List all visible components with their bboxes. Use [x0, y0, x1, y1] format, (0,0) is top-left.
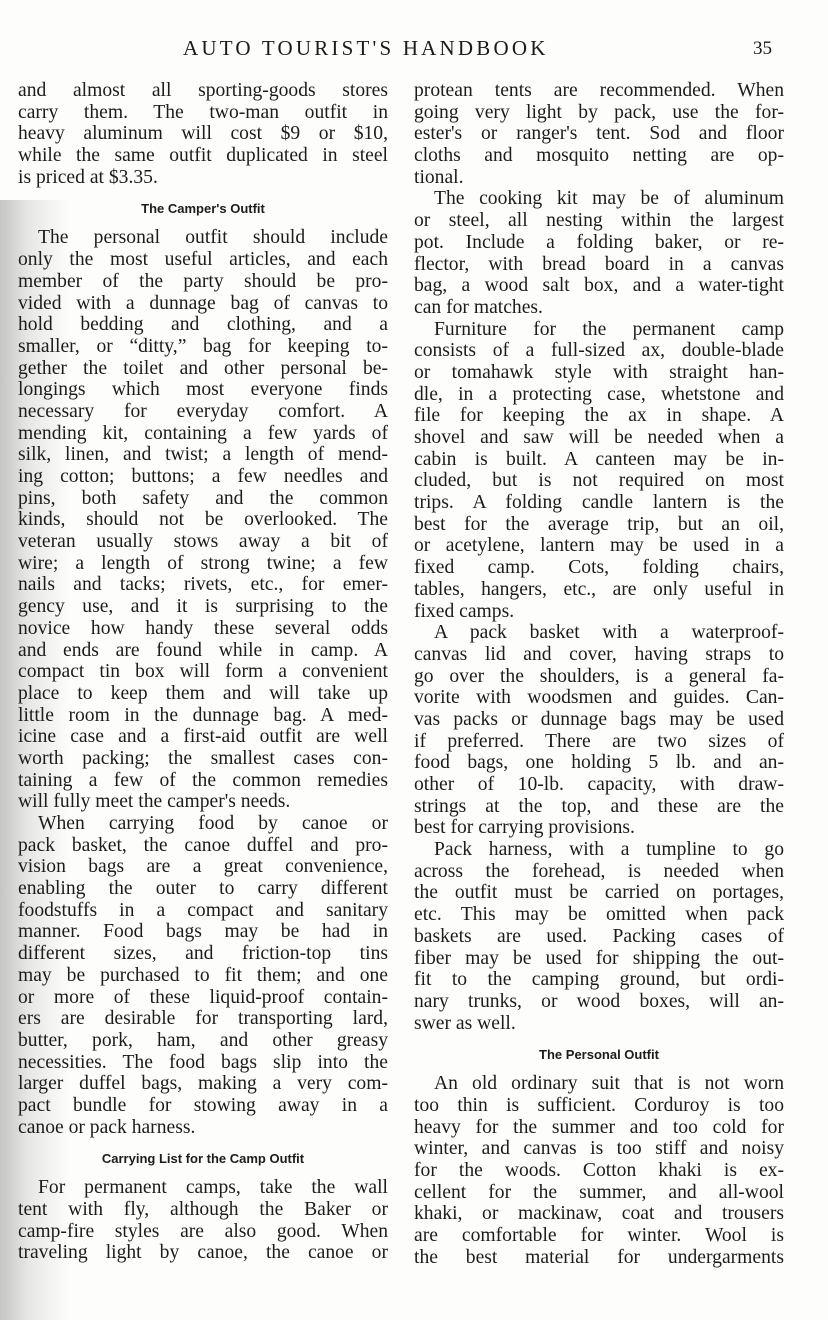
- text-line: mending kit, containing a few yards of: [18, 423, 388, 445]
- text-line: veteran usually stows away a bit of: [18, 531, 388, 553]
- paragraph-pack-harness: Pack harness, with a tumpline to goacros…: [414, 839, 784, 1034]
- text-line: pack basket, the canoe duffel and pro-: [18, 835, 388, 857]
- text-line: Pack harness, with a tumpline to go: [414, 839, 784, 861]
- text-line: gether the toilet and other personal be-: [18, 358, 388, 380]
- text-line: the outfit must be carried on portages,: [414, 882, 784, 904]
- text-line: cloths and mosquito netting are op-: [414, 145, 784, 167]
- text-line: necessities. The food bags slip into the: [18, 1052, 388, 1074]
- text-line: canvas lid and cover, having straps to: [414, 644, 784, 666]
- text-line: kinds, should not be overlooked. The: [18, 509, 388, 531]
- text-line: pact bundle for stowing away in a: [18, 1095, 388, 1117]
- text-line: nary trunks, or wood boxes, will an-: [414, 991, 784, 1013]
- text-line: When carrying food by canoe or: [18, 813, 388, 835]
- text-line: may be purchased to fit them; and one: [18, 965, 388, 987]
- text-line: nails and tacks; rivets, etc., for emer-: [18, 574, 388, 596]
- text-line: consists of a full-sized ax, double-blad…: [414, 340, 784, 362]
- text-line: trips. A folding candle lantern is the: [414, 492, 784, 514]
- text-line: strings at the top, and these are the: [414, 796, 784, 818]
- text-line: winter, and canvas is too stiff and nois…: [414, 1138, 784, 1160]
- text-line: protean tents are recommended. When: [414, 80, 784, 102]
- text-line: For permanent camps, take the wall: [18, 1177, 388, 1199]
- text-line: camp-fire styles are also good. When: [18, 1221, 388, 1243]
- text-line: going very light by pack, use the for-: [414, 102, 784, 124]
- text-line: worth packing; the smallest cases con-: [18, 748, 388, 770]
- text-line: The personal outfit should include: [18, 227, 388, 249]
- text-line: novice how handy these several odds: [18, 618, 388, 640]
- paragraph-carrying-food: When carrying food by canoe orpack baske…: [18, 813, 388, 1138]
- text-line: for the woods. Cotton khaki is ex-: [414, 1160, 784, 1182]
- page-number: 35: [753, 38, 772, 60]
- text-line: vas packs or dunnage bags may be used: [414, 709, 784, 731]
- text-line: and ends are found while in camp. A: [18, 640, 388, 662]
- text-line: khaki, or mackinaw, coat and trousers: [414, 1203, 784, 1225]
- text-line: member of the party should be pro-: [18, 271, 388, 293]
- text-line: compact tin box will form a convenient: [18, 661, 388, 683]
- text-line: manner. Food bags may be had in: [18, 921, 388, 943]
- paragraph-camp-furniture: Furniture for the permanent campconsists…: [414, 319, 784, 623]
- text-line: best for the average trip, but an oil,: [414, 514, 784, 536]
- text-line: ing cotton; buttons; a few needles and: [18, 466, 388, 488]
- right-column: protean tents are recommended. Whengoing…: [414, 80, 784, 1268]
- text-line: etc. This may be omitted when pack: [414, 904, 784, 926]
- text-line: heavy for the summer and too cold for: [414, 1117, 784, 1139]
- text-line: canoe or pack harness.: [18, 1117, 388, 1139]
- text-line: silk, linen, and twist; a length of mend…: [18, 444, 388, 466]
- text-line: are comfortable for winter. Wool is: [414, 1225, 784, 1247]
- section-heading-carrying-list: Carrying List for the Camp Outfit: [18, 1151, 388, 1167]
- text-line: A pack basket with a waterproof-: [414, 622, 784, 644]
- text-line: necessary for everyday comfort. A: [18, 401, 388, 423]
- text-line: tent with fly, although the Baker or: [18, 1199, 388, 1221]
- text-line: file for keeping the ax in shape. A: [414, 405, 784, 427]
- text-line: or tomahawk style with straight han-: [414, 362, 784, 384]
- section-heading-campers-outfit: The Camper's Outfit: [18, 201, 388, 217]
- text-line: wire; a length of strong twine; a few: [18, 553, 388, 575]
- text-line: pins, both safety and the common: [18, 488, 388, 510]
- text-line: and almost all sporting-goods stores: [18, 80, 388, 102]
- text-line: ers are desirable for transporting lard,: [18, 1008, 388, 1030]
- text-line: longings which most everyone finds: [18, 379, 388, 401]
- text-line: vorite with woodsmen and guides. Can-: [414, 687, 784, 709]
- text-line: or more of these liquid-proof contain-: [18, 987, 388, 1009]
- text-line: other of 10-lb. capacity, with draw-: [414, 774, 784, 796]
- text-line: larger duffel bags, making a very com-: [18, 1073, 388, 1095]
- text-line: traveling light by canoe, the canoe or: [18, 1242, 388, 1264]
- paragraph-clothing: An old ordinary suit that is not worntoo…: [414, 1073, 784, 1268]
- text-line: hold bedding and clothing, and a: [18, 314, 388, 336]
- paragraph-tents-continued: protean tents are recommended. Whengoing…: [414, 80, 784, 188]
- text-line: taining a few of the common remedies: [18, 770, 388, 792]
- text-line: vided with a dunnage bag of canvas to: [18, 293, 388, 315]
- text-line: cabin is built. A canteen may be in-: [414, 449, 784, 471]
- text-line: foodstuffs in a compact and sanitary: [18, 900, 388, 922]
- text-line: place to keep them and will take up: [18, 683, 388, 705]
- text-line: if preferred. There are two sizes of: [414, 731, 784, 753]
- text-line: pot. Include a folding baker, or re-: [414, 232, 784, 254]
- text-line: fixed camps.: [414, 601, 784, 623]
- text-line: fit to the camping ground, but ordi-: [414, 969, 784, 991]
- text-line: or steel, all nesting within the largest: [414, 210, 784, 232]
- text-line: while the same outfit duplicated in stee…: [18, 145, 388, 167]
- text-line: only the most useful articles, and each: [18, 249, 388, 271]
- text-line: shovel and saw will be needed when a: [414, 427, 784, 449]
- running-head: AUTO TOURIST'S HANDBOOK 35: [0, 36, 828, 66]
- text-line: baskets are used. Packing cases of: [414, 926, 784, 948]
- paragraph-cooking-kit: The cooking kit may be of aluminumor ste…: [414, 188, 784, 318]
- text-line: fixed camp. Cots, folding chairs,: [414, 557, 784, 579]
- text-line: cellent for the summer, and all-wool: [414, 1182, 784, 1204]
- text-line: Furniture for the permanent camp: [414, 319, 784, 341]
- paragraph-permanent-camps: For permanent camps, take the walltent w…: [18, 1177, 388, 1264]
- text-line: tables, hangers, etc., are only useful i…: [414, 579, 784, 601]
- text-line: cluded, but is not required on most: [414, 470, 784, 492]
- left-column: and almost all sporting-goods storescarr…: [18, 80, 388, 1264]
- paragraph-cooking-outfit-cost: and almost all sporting-goods storescarr…: [18, 80, 388, 188]
- text-line: will fully meet the camper's needs.: [18, 791, 388, 813]
- running-title: AUTO TOURIST'S HANDBOOK: [183, 36, 549, 61]
- paragraph-personal-outfit: The personal outfit should includeonly t…: [18, 227, 388, 813]
- text-line: little room in the dunnage bag. A med-: [18, 705, 388, 727]
- text-line: food bags, one holding 5 lb. and an-: [414, 752, 784, 774]
- text-line: icine case and a first-aid outfit are we…: [18, 726, 388, 748]
- text-line: enabling the outer to carry different: [18, 878, 388, 900]
- text-line: vision bags are a great convenience,: [18, 856, 388, 878]
- text-line: different sizes, and friction-top tins: [18, 943, 388, 965]
- text-line: The cooking kit may be of aluminum: [414, 188, 784, 210]
- text-line: smaller, or “ditty,” bag for keeping to-: [18, 336, 388, 358]
- text-line: the best material for undergarments: [414, 1247, 784, 1269]
- text-line: is priced at $3.35.: [18, 167, 388, 189]
- text-line: flector, with bread board in a canvas: [414, 254, 784, 276]
- section-heading-personal-outfit: The Personal Outfit: [414, 1047, 784, 1063]
- text-line: bag, a wood salt box, and a water-tight: [414, 275, 784, 297]
- text-line: swer as well.: [414, 1013, 784, 1035]
- text-line: butter, pork, ham, and other greasy: [18, 1030, 388, 1052]
- text-line: go over the shoulders, is a general fa-: [414, 666, 784, 688]
- text-line: carry them. The two-man outfit in: [18, 102, 388, 124]
- text-line: An old ordinary suit that is not worn: [414, 1073, 784, 1095]
- text-line: fiber may be used for shipping the out-: [414, 948, 784, 970]
- text-line: can for matches.: [414, 297, 784, 319]
- text-line: gency use, and it is surprising to the: [18, 596, 388, 618]
- text-line: dle, in a protecting case, whetstone and: [414, 384, 784, 406]
- paragraph-pack-basket: A pack basket with a waterproof-canvas l…: [414, 622, 784, 839]
- text-line: ester's or ranger's tent. Sod and floor: [414, 123, 784, 145]
- text-line: best for carrying provisions.: [414, 817, 784, 839]
- text-line: or acetylene, lantern may be used in a: [414, 535, 784, 557]
- text-line: across the forehead, is needed when: [414, 861, 784, 883]
- text-line: too thin is sufficient. Corduroy is too: [414, 1095, 784, 1117]
- text-line: tional.: [414, 167, 784, 189]
- text-line: heavy aluminum will cost $9 or $10,: [18, 123, 388, 145]
